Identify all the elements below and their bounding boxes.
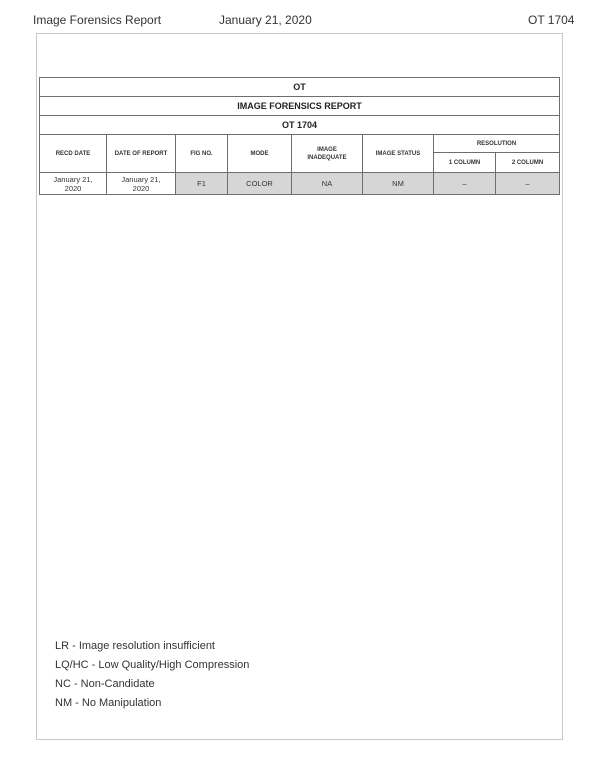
col-header-date-of-report: DATE OF REPORT [107,135,176,173]
header-report-id: OT 1704 [528,13,574,27]
cell-recd-date: January 21, 2020 [40,173,107,195]
col-header-resolution: RESOLUTION [434,135,560,153]
cell-fig-no: F1 [176,173,228,195]
page-header: Image Forensics Report January 21, 2020 … [0,13,598,31]
legend-item: NC - Non-Candidate [55,675,249,694]
col-header-2-column: 2 COLUMN [496,153,560,173]
cell-recd-date-value: January 21, 2020 [51,175,95,193]
abbreviation-legend: LR - Image resolution insufficient LQ/HC… [55,637,249,713]
cell-image-inadequate: NA [292,173,363,195]
col-header-1-column: 1 COLUMN [434,153,496,173]
report-title-id: OT 1704 [40,116,560,135]
col-header-fig-no: FIG NO. [176,135,228,173]
header-date: January 21, 2020 [219,13,312,27]
col-header-mode: MODE [228,135,292,173]
report-title-org: OT [40,78,560,97]
col-header-recd-date: RECD DATE [40,135,107,173]
col-header-image-status: IMAGE STATUS [363,135,434,173]
cell-image-status: NM [363,173,434,195]
legend-item: NM - No Manipulation [55,694,249,713]
cell-resolution-1-column: – [434,173,496,195]
forensics-report-table: OT IMAGE FORENSICS REPORT OT 1704 RECD D… [39,77,560,195]
title-row: OT 1704 [40,116,560,135]
report-title: IMAGE FORENSICS REPORT [40,97,560,116]
col-header-image-inadequate: IMAGE INADEQUATE [292,135,363,173]
cell-date-of-report-value: January 21, 2020 [119,175,163,193]
table-row: January 21, 2020 January 21, 2020 F1 COL… [40,173,560,195]
cell-date-of-report: January 21, 2020 [107,173,176,195]
title-row: OT [40,78,560,97]
cell-resolution-2-column: – [496,173,560,195]
cell-mode: COLOR [228,173,292,195]
legend-item: LQ/HC - Low Quality/High Compression [55,656,249,675]
title-row: IMAGE FORENSICS REPORT [40,97,560,116]
col-header-image-inadequate-label: IMAGE INADEQUATE [303,146,351,162]
legend-item: LR - Image resolution insufficient [55,637,249,656]
header-report-name: Image Forensics Report [33,13,161,27]
column-header-row: RECD DATE DATE OF REPORT FIG NO. MODE IM… [40,135,560,153]
